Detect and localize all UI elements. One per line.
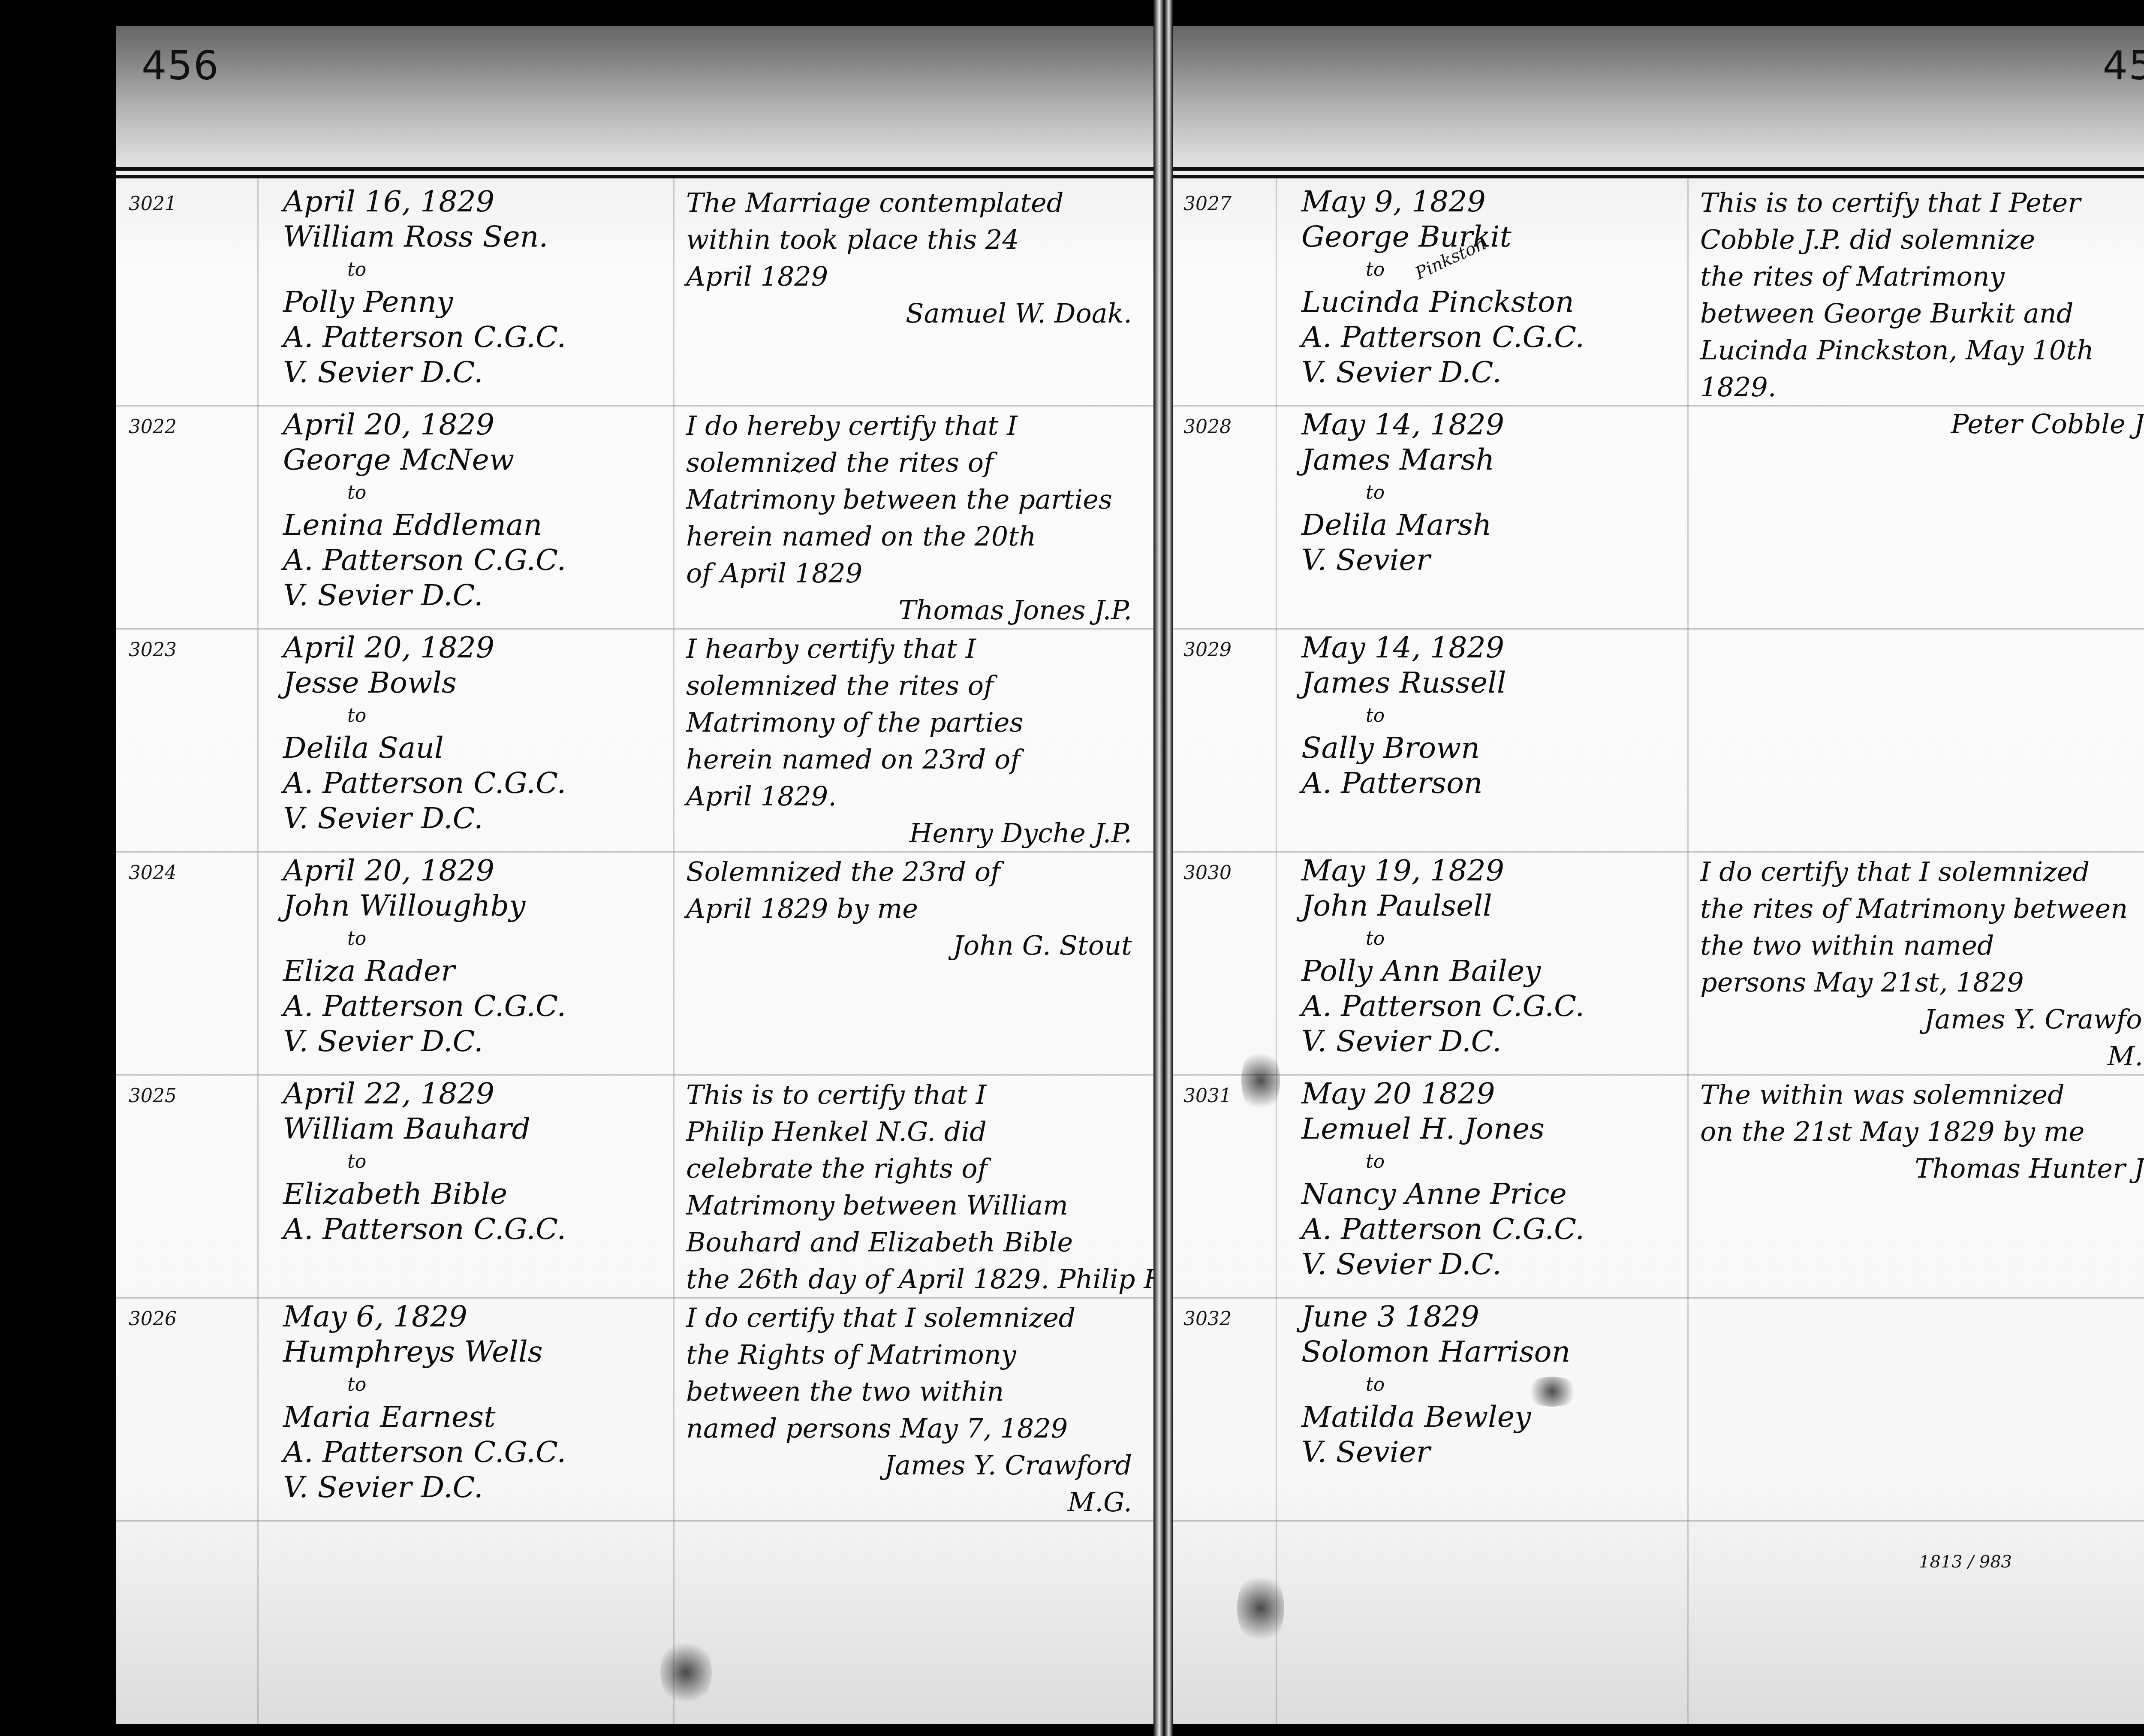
clerk-signature: A. Patterson C.G.C.	[283, 1435, 566, 1470]
entry-number: 3030	[1183, 862, 1232, 884]
register-entry: 3032June 3 1829Solomon HarrisontoMatilda…	[1173, 1299, 2144, 1522]
register-entry: 3031May 20 1829Lemuel H. JonestoNancy An…	[1173, 1076, 2144, 1299]
bride-name: Nancy Anne Price	[1301, 1177, 1584, 1212]
entry-names: May 19, 1829John PaulselltoPolly Ann Bai…	[1301, 853, 1584, 1059]
clerk-signature: A. Patterson C.G.C.	[1301, 989, 1584, 1024]
entry-number: 3021	[129, 193, 177, 215]
certificate-text: This is to certify that IPhilip Henkel N…	[686, 1076, 1145, 1298]
register-entry: 3024April 20, 1829John WilloughbytoEliza…	[116, 853, 1153, 1076]
officiant-title: M.G.	[1700, 1038, 2144, 1075]
bride-name: Delila Saul	[283, 731, 566, 766]
page-number: 456	[142, 43, 220, 89]
deputy-signature: V. Sevier D.C.	[283, 1024, 566, 1059]
page-header-area	[116, 26, 1153, 167]
certificate-line: between George Burkit and	[1700, 295, 2144, 332]
to-word: to	[1301, 478, 1504, 508]
groom-name: Lemuel H. Jones	[1301, 1112, 1584, 1147]
bride-name: Maria Earnest	[283, 1400, 566, 1435]
header-rule	[1173, 175, 2144, 178]
register-entry: 3030May 19, 1829John PaulselltoPolly Ann…	[1173, 853, 2144, 1076]
entry-names: May 14, 1829James MarshtoDelila MarshV. …	[1301, 407, 1504, 578]
certificate-line: Lucinda Pinckston, May 10th	[1700, 332, 2144, 369]
certificate-line: Matrimony between William	[686, 1187, 1145, 1224]
groom-name: George McNew	[283, 443, 566, 478]
clerk-signature: A. Patterson C.G.C.	[283, 1212, 566, 1247]
entry-names: May 9, 1829George BurkittoLucinda Pincks…	[1301, 184, 1584, 390]
marriage-date: April 16, 1829	[283, 184, 566, 220]
margin-note: 1813 / 983	[1919, 1552, 2012, 1571]
marriage-date: May 14, 1829	[1301, 407, 1504, 443]
marriage-date: April 22, 1829	[283, 1076, 566, 1112]
entry-names: April 22, 1829William BauhardtoElizabeth…	[283, 1076, 566, 1247]
bride-name: Matilda Bewley	[1301, 1400, 1570, 1435]
certificate-line: the two within named	[1700, 927, 2144, 964]
officiant-signature: John G. Stout	[686, 927, 1145, 964]
certificate-line: celebrate the rights of	[686, 1150, 1145, 1187]
certificate-text: This is to certify that I PeterCobble J.…	[1700, 184, 2144, 443]
officiant-signature: Thomas Jones J.P.	[686, 592, 1145, 629]
entry-number: 3027	[1183, 193, 1232, 215]
certificate-line: between the two within	[686, 1373, 1145, 1410]
certificate-text: I do certify that I solemnizedthe rites …	[1700, 853, 2144, 1075]
certificate-line: within took place this 24	[686, 221, 1145, 258]
to-word: to	[283, 701, 566, 731]
marriage-date: May 9, 1829	[1301, 184, 1584, 220]
register-entry: 3022April 20, 1829George McNewtoLenina E…	[116, 407, 1153, 630]
certificate-line: Matrimony of the parties	[686, 704, 1145, 741]
certificate-text: The within was solemnizedon the 21st May…	[1700, 1076, 2144, 1187]
register-entry: 3029May 14, 1829James RusselltoSally Bro…	[1173, 630, 2144, 853]
deputy-signature: V. Sevier D.C.	[1301, 355, 1584, 390]
certificate-line: I do certify that I solemnized	[1700, 853, 2144, 890]
register-entry: 3025April 22, 1829William BauhardtoEliza…	[116, 1076, 1153, 1299]
certificate-line: Bouhard and Elizabeth Bible	[686, 1224, 1145, 1261]
entry-number: 3032	[1183, 1308, 1232, 1330]
groom-name: Jesse Bowls	[283, 666, 566, 701]
deputy-signature: V. Sevier D.C.	[1301, 1247, 1584, 1282]
certificate-line: herein named on 23rd of	[686, 741, 1145, 778]
bride-name: Elizabeth Bible	[283, 1177, 566, 1212]
to-word: to	[1301, 924, 1584, 954]
clerk-signature: A. Patterson C.G.C.	[283, 766, 566, 801]
entry-number: 3022	[129, 416, 177, 438]
entry-names: May 6, 1829Humphreys WellstoMaria Earnes…	[283, 1299, 566, 1505]
to-word: to	[283, 1370, 566, 1400]
marriage-date: April 20, 1829	[283, 407, 566, 443]
clerk-signature: A. Patterson C.G.C.	[283, 989, 566, 1024]
groom-name: Solomon Harrison	[1301, 1335, 1570, 1370]
certificate-line: The Marriage contemplated	[686, 184, 1145, 221]
groom-name: Humphreys Wells	[283, 1335, 566, 1370]
certificate-line: April 1829 by me	[686, 890, 1145, 927]
bride-name: Sally Brown	[1301, 731, 1506, 766]
entry-number: 3028	[1183, 416, 1232, 438]
ink-smudge	[1241, 1046, 1280, 1115]
to-word: to	[283, 478, 566, 508]
certificate-line: I hearby certify that I	[686, 630, 1145, 667]
register-entry: 3023April 20, 1829Jesse BowlstoDelila Sa…	[116, 630, 1153, 853]
deputy-signature: V. Sevier D.C.	[283, 355, 566, 390]
certificate-line: solemnized the rites of	[686, 667, 1145, 704]
clerk-signature: A. Patterson C.G.C.	[283, 320, 566, 355]
bride-name: Polly Ann Bailey	[1301, 954, 1584, 989]
certificate-line: the 26th day of April 1829. Philip Henke…	[686, 1261, 1145, 1298]
groom-name: William Bauhard	[283, 1112, 566, 1147]
certificate-text: Solemnized the 23rd ofApril 1829 by meJo…	[686, 853, 1145, 964]
certificate-line: Cobble J.P. did solemnize	[1700, 221, 2144, 258]
to-word: to	[1301, 1147, 1584, 1177]
header-rule	[116, 167, 1153, 171]
deputy-signature: V. Sevier D.C.	[283, 801, 566, 836]
certificate-line: the Rights of Matrimony	[686, 1336, 1145, 1373]
bride-name: Lucinda Pinckston	[1301, 285, 1584, 320]
deputy-signature: V. Sevier	[1301, 543, 1504, 578]
certificate-line: 1829.	[1700, 369, 2144, 406]
ink-smudge	[1237, 1570, 1284, 1647]
scanned-register-spread: 456 3021April 16, 1829William Ross Sen.t…	[0, 0, 2144, 1736]
entry-number: 3031	[1183, 1085, 1232, 1107]
groom-name: George Burkit	[1301, 220, 1584, 255]
entry-number: 3026	[129, 1308, 177, 1330]
register-entry: 3028May 14, 1829James MarshtoDelila Mars…	[1173, 407, 2144, 630]
clerk-signature: A. Patterson C.G.C.	[283, 543, 566, 578]
certificate-line: Philip Henkel N.G. did	[686, 1113, 1145, 1150]
marriage-date: June 3 1829	[1301, 1299, 1570, 1335]
certificate-text: I do hereby certify that Isolemnized the…	[686, 407, 1145, 629]
certificate-line: named persons May 7, 1829	[686, 1410, 1145, 1447]
groom-name: William Ross Sen.	[283, 220, 566, 255]
certificate-line: the rites of Matrimony between	[1700, 890, 2144, 927]
officiant-signature: Henry Dyche J.P.	[686, 815, 1145, 852]
left-page: 456 3021April 16, 1829William Ross Sen.t…	[116, 26, 1153, 1724]
bride-name: Polly Penny	[283, 285, 566, 320]
officiant-signature: Samuel W. Doak.	[686, 295, 1145, 332]
marriage-date: May 14, 1829	[1301, 630, 1506, 666]
certificate-line: Matrimony between the parties	[686, 481, 1145, 518]
ink-smudge	[660, 1638, 712, 1707]
certificate-text: The Marriage contemplatedwithin took pla…	[686, 184, 1145, 332]
certificate-line: April 1829.	[686, 778, 1145, 815]
certificate-line: Solemnized the 23rd of	[686, 853, 1145, 890]
register-entry: 3021April 16, 1829William Ross Sen.toPol…	[116, 184, 1153, 407]
right-page: 457 3027May 9, 1829George BurkittoLucind…	[1173, 26, 2144, 1724]
marriage-date: May 20 1829	[1301, 1076, 1584, 1112]
ink-smudge	[1524, 1377, 1580, 1407]
deputy-signature: V. Sevier D.C.	[283, 578, 566, 613]
marriage-date: May 19, 1829	[1301, 853, 1584, 889]
certificate-line: herein named on the 20th	[686, 518, 1145, 555]
entry-number: 3025	[129, 1085, 177, 1107]
entry-names: May 20 1829Lemuel H. JonestoNancy Anne P…	[1301, 1076, 1584, 1282]
groom-name: John Willoughby	[283, 889, 566, 924]
certificate-line: of April 1829	[686, 555, 1145, 592]
to-word: to	[283, 1147, 566, 1177]
officiant-signature: Thomas Hunter J.P.	[1700, 1150, 2144, 1187]
certificate-line: This is to certify that I Peter	[1700, 184, 2144, 221]
book-spine	[1153, 0, 1173, 1736]
certificate-line: This is to certify that I	[686, 1076, 1145, 1113]
certificate-line: I do hereby certify that I	[686, 407, 1145, 444]
bride-name: Eliza Rader	[283, 954, 566, 989]
deputy-signature: V. Sevier D.C.	[1301, 1024, 1584, 1059]
marriage-date: April 20, 1829	[283, 853, 566, 889]
deputy-signature: V. Sevier D.C.	[283, 1470, 566, 1505]
to-word: to	[1301, 701, 1506, 731]
certificate-text: I do certify that I solemnizedthe Rights…	[686, 1299, 1145, 1521]
entry-names: April 16, 1829William Ross Sen.toPolly P…	[283, 184, 566, 390]
bride-name: Delila Marsh	[1301, 508, 1504, 543]
certificate-line: persons May 21st, 1829	[1700, 964, 2144, 1001]
entry-number: 3024	[129, 862, 177, 884]
groom-name: James Russell	[1301, 666, 1506, 701]
deputy-signature: V. Sevier	[1301, 1435, 1570, 1470]
header-rule	[116, 175, 1153, 178]
marriage-date: May 6, 1829	[283, 1299, 566, 1335]
page-number: 457	[2102, 43, 2144, 89]
entry-names: April 20, 1829George McNewtoLenina Eddle…	[283, 407, 566, 613]
to-word: to	[283, 924, 566, 954]
clerk-signature: A. Patterson C.G.C.	[1301, 320, 1584, 355]
certificate-line: on the 21st May 1829 by me	[1700, 1113, 2144, 1150]
officiant-title: M.G.	[686, 1484, 1145, 1521]
register-entry: 3026May 6, 1829Humphreys WellstoMaria Ea…	[116, 1299, 1153, 1522]
clerk-signature: A. Patterson C.G.C.	[1301, 1212, 1584, 1247]
clerk-signature: A. Patterson	[1301, 766, 1506, 801]
groom-name: John Paulsell	[1301, 889, 1584, 924]
certificate-line: April 1829	[686, 258, 1145, 295]
page-header-area	[1173, 26, 2144, 167]
marriage-date: April 20, 1829	[283, 630, 566, 666]
certificate-line: the rites of Matrimony	[1700, 258, 2144, 295]
certificate-line: The within was solemnized	[1700, 1076, 2144, 1113]
register-entry: 3027May 9, 1829George BurkittoLucinda Pi…	[1173, 184, 2144, 407]
bride-name: Lenina Eddleman	[283, 508, 566, 543]
officiant-signature: James Y. Crawford	[686, 1447, 1145, 1484]
entry-names: May 14, 1829James RusselltoSally BrownA.…	[1301, 630, 1506, 801]
certificate-line: solemnized the rites of	[686, 444, 1145, 481]
groom-name: James Marsh	[1301, 443, 1504, 478]
certificate-text: I hearby certify that Isolemnized the ri…	[686, 630, 1145, 852]
entry-number: 3023	[129, 639, 177, 661]
entry-number: 3029	[1183, 639, 1232, 661]
certificate-line: I do certify that I solemnized	[686, 1299, 1145, 1336]
entry-names: April 20, 1829John WilloughbytoEliza Rad…	[283, 853, 566, 1059]
header-rule	[1173, 167, 2144, 171]
officiant-signature: James Y. Crawford	[1700, 1001, 2144, 1038]
entry-names: April 20, 1829Jesse BowlstoDelila SaulA.…	[283, 630, 566, 836]
to-word: to	[283, 255, 566, 285]
